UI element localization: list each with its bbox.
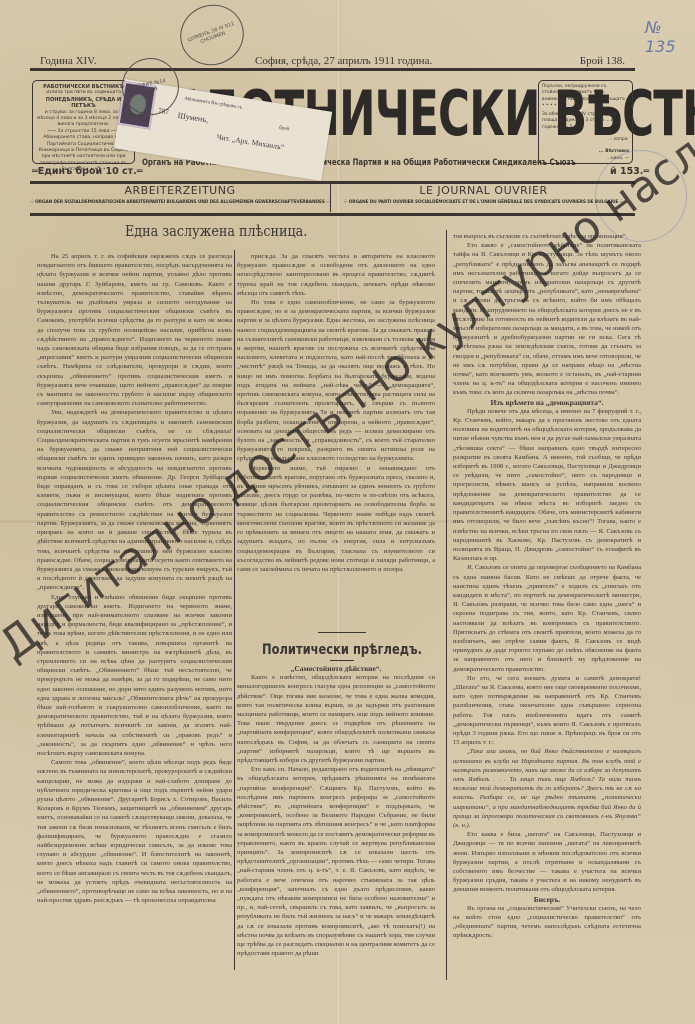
quote-paragraph: „Така или инакъ, но бай Янко дѣйствителн…: [453, 747, 641, 830]
issue-label: Брой 138.: [580, 55, 625, 67]
date-label: София, срѣда, 27 априлъ 1911 година.: [255, 55, 432, 67]
article-column-3: тоя въпросъ въ съгласие съ съотвѣтната м…: [453, 232, 641, 992]
paragraph: Самото това „обвинение“, което цѣли мѣсе…: [37, 758, 232, 905]
year-label: Година XIV.: [40, 55, 96, 67]
box-line: ... изпра-: [542, 137, 629, 143]
label-text: Абонамента Ви срѣщава съ: [184, 97, 242, 111]
box-line: За обявления на IV страница се плаща по …: [542, 112, 629, 131]
foreign-titles: ARBEITERZEITUNG ⁘ ORGAN DER SOZIALDEMOKR…: [30, 184, 635, 212]
divider: [318, 632, 366, 633]
section-title: Политически прѣгледъ.: [262, 642, 422, 658]
paragraph: Въ органа на „социалистическия“ Учителск…: [453, 904, 641, 941]
paragraph: присѫда. За да спасятъ честьта и авторит…: [237, 252, 435, 298]
divider: [330, 660, 354, 661]
label-text: брой: [279, 126, 290, 133]
label-city: Шуменъ,: [177, 111, 209, 125]
political-review-column: „Самостойното дѣйствие“. Както е извѣстн…: [237, 664, 435, 980]
subheading: Бисеръ.: [453, 895, 641, 904]
german-title: ARBEITERZEITUNG: [30, 184, 330, 198]
paragraph: Както е извѣстно, общодѣлската котерия н…: [237, 673, 435, 765]
paragraph: Я. Сакъзовъ се опита да опровергае съобщ…: [453, 563, 641, 673]
box-line: Поръчки, непридружени съ стойността, ост…: [542, 84, 629, 109]
paragraph: На 25 априлъ т. г. въ софийския окрѫженъ…: [37, 252, 232, 408]
divider: [30, 68, 635, 71]
subheading: „Самостойното дѣйствие“.: [237, 664, 435, 673]
dateline: Година XIV. София, срѣда, 27 априлъ 1911…: [30, 55, 635, 67]
label-number: 787: [158, 107, 170, 117]
handwritten-number: № 135: [645, 18, 695, 56]
paragraph: Но ето, че сега взематъ думата и самитѣ …: [453, 674, 641, 748]
paragraph: Ето какъ сп. Начало, редактирано отъ вод…: [237, 765, 435, 958]
article-title: Една заслужена плѣсница.: [125, 222, 307, 240]
german-title-block: ARBEITERZEITUNG ⁘ ORGAN DER SOZIALDEMOKR…: [30, 184, 331, 212]
label-recipient: Чит. „Арх. Михаилъ“: [216, 132, 285, 152]
advertising-box: Поръчки, непридружени съ стойността, ост…: [538, 80, 633, 164]
paragraph: Ето каква е била „шегата“ на Сакъзовци, …: [453, 830, 641, 894]
box-line: излиза три пѫти въ седмицата: [36, 90, 131, 96]
paragraph: Прѣди повече отъ два мѣсеца, а именно на…: [453, 407, 641, 563]
divider: [30, 213, 635, 216]
box-line: ПОНЕДѢЛНИКЪ, СРѢДА И ПЕТЪКЪ: [36, 97, 131, 110]
price-label: ═Единъ брой 10 ст.═: [32, 166, 142, 177]
column-rule: [234, 250, 235, 970]
german-subtitle: ⁘ ORGAN DER SOZIALDEMOKRATISCHEN ARBEITE…: [30, 198, 330, 207]
subheading: Изъ врѣмето на „демокрацията“.: [453, 398, 641, 407]
